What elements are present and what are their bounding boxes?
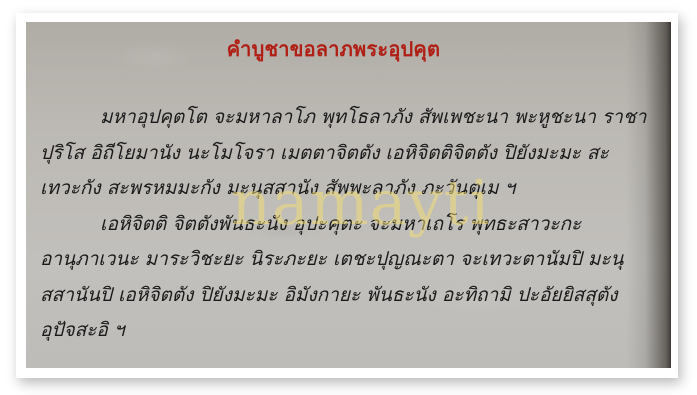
prayer-title: คำบูชาขอลาภพระอุปคุต — [26, 33, 671, 65]
prayer-line-2: ปุริโส อิถีโยมานัง นะโมโจรา เมตตาจิตตัง … — [40, 136, 640, 172]
prayer-line-5: อานุภาเวนะ มาระวิชะยะ นิระภะยะ เตชะปุญณะ… — [40, 242, 640, 278]
page-photo: คำบูชาขอลาภพระอุปคุต มหาอุปคุตโต จะมหาลา… — [26, 22, 671, 368]
prayer-line-1: มหาอุปคุตโต จะมหาลาโภ พุทโธลาภัง สัพเพชะ… — [40, 100, 640, 136]
prayer-line-7: อุปัจสะอิ ฯ — [40, 313, 640, 349]
prayer-line-6: สสานันปิ เอหิจิตตัง ปิยังมะมะ อิมังกายะ … — [40, 278, 640, 314]
prayer-line-4: เอหิจิตติ จิตตังพันธะนัง อุปะคุตะ จะมหาเ… — [40, 207, 640, 243]
prayer-line-3: เทวะกัง สะพรหมมะกัง มะนุสสานัง สัพพะลาภั… — [40, 171, 640, 207]
prayer-body: มหาอุปคุตโต จะมหาลาโภ พุทโธลาภัง สัพเพชะ… — [40, 100, 640, 349]
